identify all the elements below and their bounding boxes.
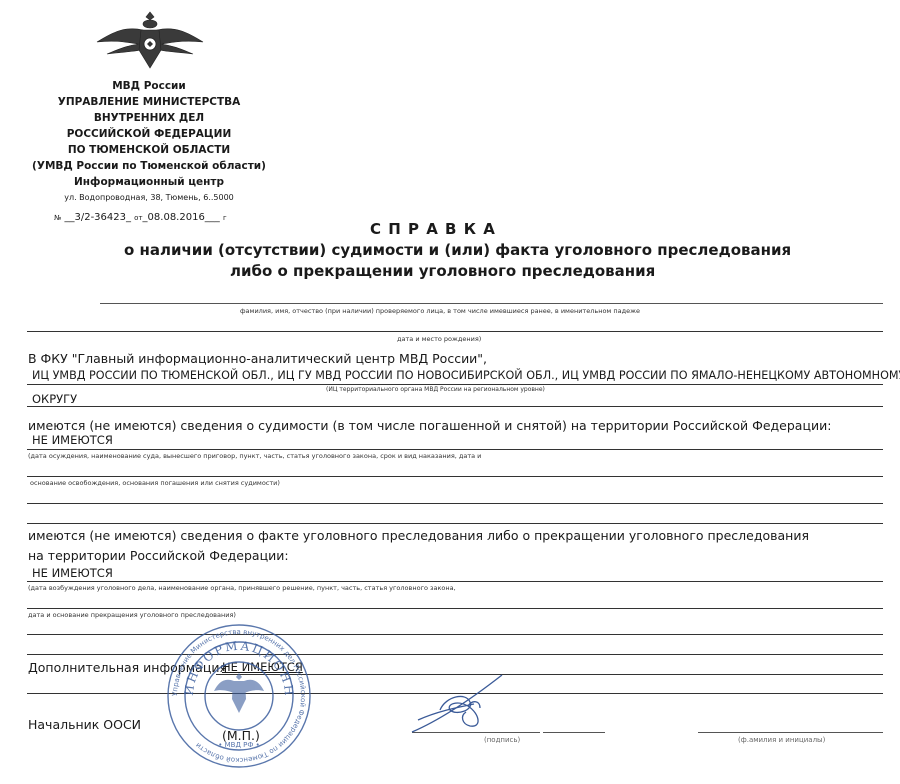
header-line: (УМВД России по Тюменской области): [0, 158, 298, 174]
prosecution-top-line: [27, 523, 883, 524]
header-line: Информационный центр: [0, 174, 298, 190]
person-name-line: [100, 303, 883, 304]
title-subline-1: о наличии (отсутствии) судимости и (или)…: [124, 241, 791, 259]
conviction-line-1: [27, 449, 883, 450]
prosecution-caption-2: дата и основание прекращения уголовного …: [28, 611, 236, 619]
official-stamp: Управление Министерства внутренних дел Р…: [164, 621, 314, 771]
issuer-header: МВД России УПРАВЛЕНИЕ МИНИСТЕРСТВА ВНУТР…: [0, 78, 298, 206]
issuer-address: ул. Водопроводная, 38, Тюмень, 6..5000: [0, 190, 298, 206]
number-value: __3/2-36423_: [64, 212, 131, 223]
conviction-statement: имеются (не имеются) сведения о судимост…: [28, 418, 831, 433]
recipient-line-1: [27, 384, 883, 385]
prosecution-line-4: [27, 654, 883, 655]
document-title: С П Р А В К А: [370, 220, 496, 238]
additional-line-1: [216, 674, 883, 675]
birth-caption: дата и место рождения): [397, 335, 481, 343]
recipient-line-2: [27, 406, 883, 407]
conviction-line-3: [27, 503, 883, 504]
prosecution-statement-2: на территории Российской Федерации:: [28, 548, 289, 563]
prosecution-statement-1: имеются (не имеются) сведения о факте уг…: [28, 528, 809, 543]
person-name-caption: фамилия, имя, отчество (при наличии) про…: [240, 307, 640, 315]
signature-line-extra: [543, 732, 605, 733]
header-line: МВД России: [0, 78, 298, 94]
title-subline-2: либо о прекращении уголовного преследова…: [230, 262, 655, 280]
recipient-value-1: ИЦ УМВД РОССИИ ПО ТЮМЕНСКОЙ ОБЛ., ИЦ ГУ …: [32, 369, 900, 382]
prosecution-line-2: [27, 608, 883, 609]
name-caption: (ф.амилия и инициалы): [738, 736, 825, 744]
birth-line: [27, 331, 883, 332]
date-value: _08.08.2016___: [143, 212, 220, 223]
header-line: УПРАВЛЕНИЕ МИНИСТЕРСТВА: [0, 94, 298, 110]
number-prefix: №: [54, 214, 61, 222]
conviction-line-2: [27, 476, 883, 477]
reference-number: № __3/2-36423_ от_08.08.2016___ г: [54, 212, 227, 223]
conviction-caption-1: (дата осуждения, наименование суда, выне…: [28, 452, 481, 460]
date-prefix: от: [134, 214, 142, 222]
conviction-value: НЕ ИМЕЮТСЯ: [32, 433, 113, 447]
name-line: [698, 732, 883, 733]
prosecution-line-1: [27, 581, 883, 582]
handwritten-signature: [410, 670, 520, 740]
prosecution-line-3: [27, 634, 883, 635]
header-line: ПО ТЮМЕНСКОЙ ОБЛАСТИ: [0, 142, 298, 158]
recipient-caption: (ИЦ территориального органа МВД России н…: [326, 386, 545, 393]
mvd-emblem-icon: [95, 8, 205, 74]
recipient-value-2: ОКРУГУ: [32, 392, 77, 406]
stamp-bottom-text: • МВД РФ •: [218, 741, 260, 749]
prosecution-caption-1: (дата возбуждения уголовного дела, наиме…: [28, 584, 456, 592]
signatory-position: Начальник ООСИ: [28, 717, 141, 732]
header-line: ВНУТРЕННИХ ДЕЛ: [0, 110, 298, 126]
prosecution-value: НЕ ИМЕЮТСЯ: [32, 566, 113, 580]
header-line: РОССИЙСКОЙ ФЕДЕРАЦИИ: [0, 126, 298, 142]
stamp-emblem-icon: [214, 673, 264, 713]
conviction-caption-2: основание освобождения, основания погаше…: [30, 479, 280, 487]
year-suffix: г: [223, 214, 227, 222]
recipient-intro: В ФКУ "Главный информационно-аналитическ…: [28, 351, 487, 366]
